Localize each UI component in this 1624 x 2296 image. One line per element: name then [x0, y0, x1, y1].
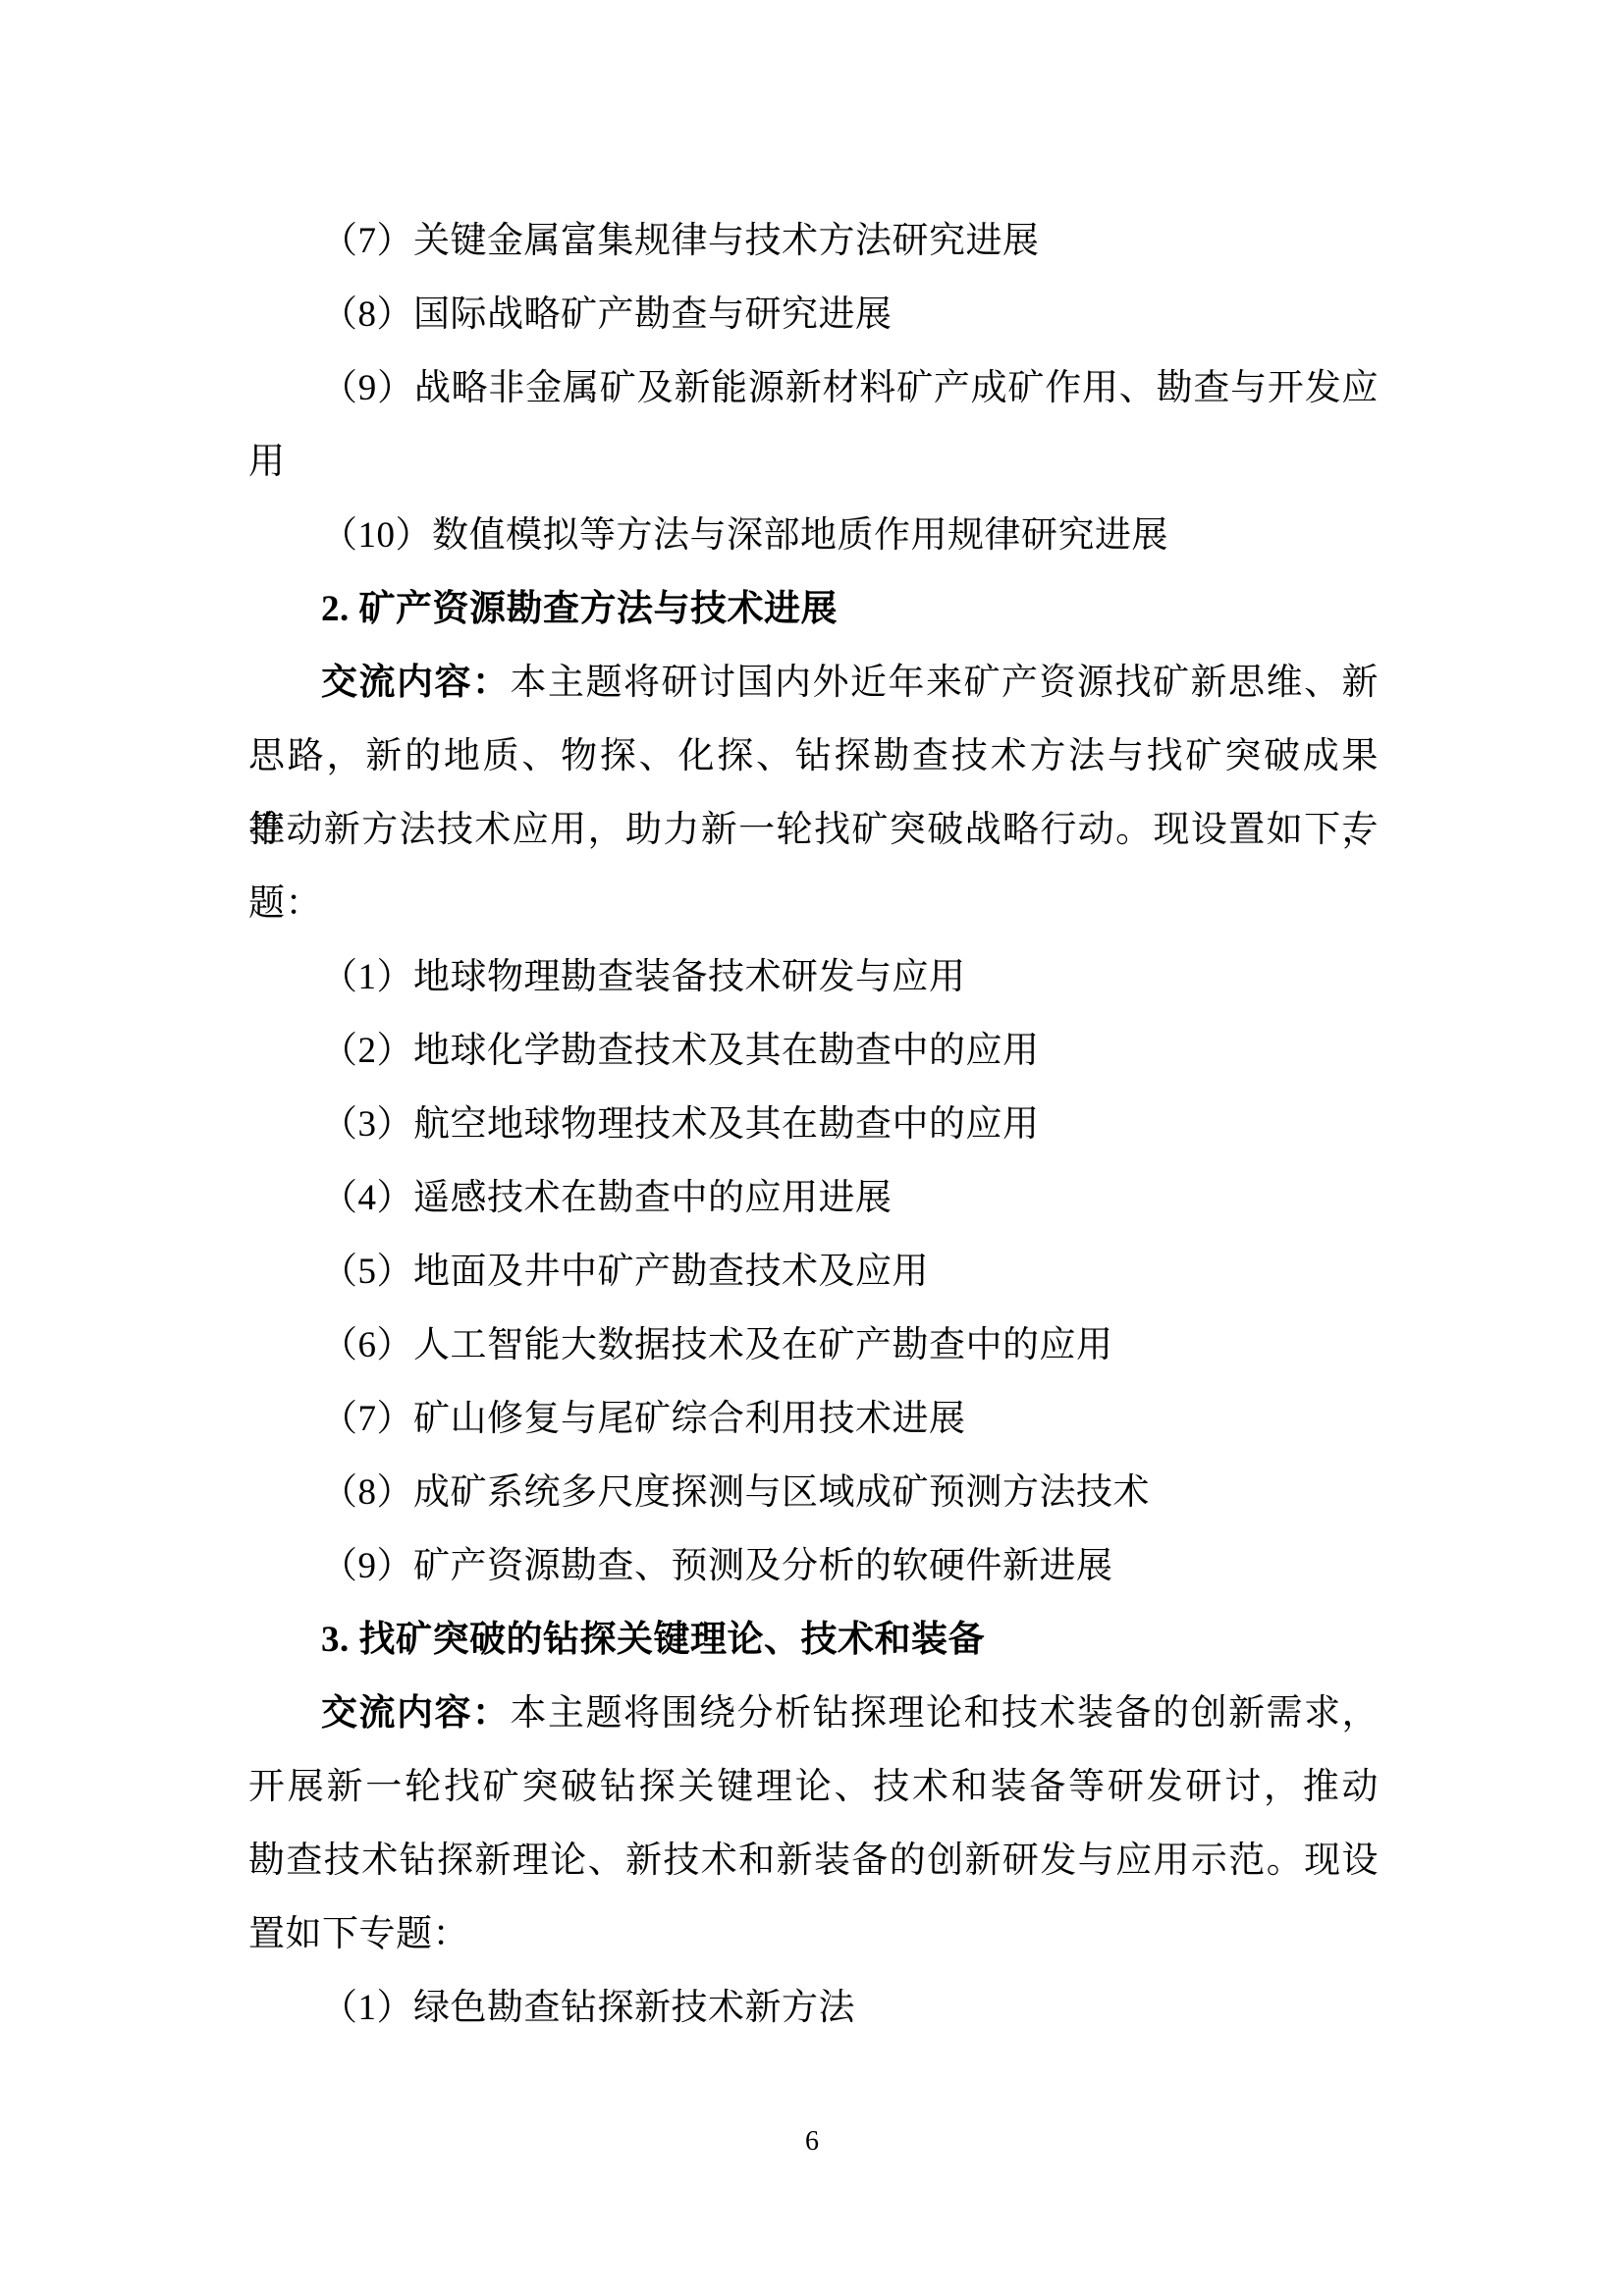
bold-text-segment: 2. 矿产资源勘查方法与技术进展 — [321, 589, 838, 629]
text-line: （1）地球物理勘查装备技术研发与应用 — [248, 940, 1379, 1014]
text-line: （8）国际战略矿产勘查与研究进展 — [248, 278, 1379, 351]
text-line: 交流内容：本主题将围绕分析钻探理论和技术装备的创新需求， — [248, 1677, 1379, 1750]
text-segment: （2）地球化学勘查技术及其在勘查中的应用 — [321, 1031, 1040, 1071]
text-line: 题： — [248, 867, 1379, 940]
text-line: 2. 矿产资源勘查方法与技术进展 — [248, 572, 1379, 646]
text-segment: （1）地球物理勘查装备技术研发与应用 — [321, 957, 966, 997]
bold-text-segment: 交流内容： — [321, 663, 511, 703]
text-segment: 置如下专题： — [248, 1914, 469, 1954]
text-segment: （8）成矿系统多尺度探测与区域成矿预测方法技术 — [321, 1472, 1150, 1513]
text-segment: （5）地面及井中矿产勘查技术及应用 — [321, 1252, 929, 1292]
page-number: 6 — [0, 2126, 1624, 2158]
text-line: （8）成矿系统多尺度探测与区域成矿预测方法技术 — [248, 1456, 1379, 1529]
text-line: 3. 找矿突破的钻探关键理论、技术和装备 — [248, 1603, 1379, 1677]
text-segment: （8）国际战略矿产勘查与研究进展 — [321, 294, 893, 335]
text-segment: 本主题将围绕分析钻探理论和技术装备的创新需求， — [511, 1693, 1380, 1734]
text-line: （3）航空地球物理技术及其在勘查中的应用 — [248, 1088, 1379, 1161]
text-segment: （4）遥感技术在勘查中的应用进展 — [321, 1178, 893, 1218]
text-segment: （9）矿产资源勘查、预测及分析的软硬件新进展 — [321, 1546, 1113, 1586]
text-segment: （7）关键金属富集规律与技术方法研究进展 — [321, 221, 1040, 261]
text-line: （4）遥感技术在勘查中的应用进展 — [248, 1161, 1379, 1235]
text-line: （7）矿山修复与尾矿综合利用技术进展 — [248, 1382, 1379, 1456]
text-line: （2）地球化学勘查技术及其在勘查中的应用 — [248, 1014, 1379, 1088]
text-segment: 勘查技术钻探新理论、新技术和新装备的创新研发与应用示范。现设 — [248, 1841, 1379, 1881]
text-segment: 本主题将研讨国内外近年来矿产资源找矿新思维、新 — [511, 663, 1380, 703]
text-line: （9）矿产资源勘查、预测及分析的软硬件新进展 — [248, 1529, 1379, 1603]
text-segment: （10）数值模拟等方法与深部地质作用规律研究进展 — [321, 515, 1168, 556]
text-line: 勘查技术钻探新理论、新技术和新装备的创新研发与应用示范。现设 — [248, 1824, 1379, 1897]
text-line: 思路，新的地质、物探、化探、钻探勘查技术方法与找矿突破成果等， — [248, 720, 1379, 793]
text-line: （10）数值模拟等方法与深部地质作用规律研究进展 — [248, 499, 1379, 572]
text-segment: （7）矿山修复与尾矿综合利用技术进展 — [321, 1399, 966, 1439]
text-segment: （1）绿色勘查钻探新技术新方法 — [321, 1988, 855, 2028]
text-segment: （9）战略非金属矿及新能源新材料矿产成矿作用、勘查与开发应 — [321, 368, 1379, 408]
text-segment: （6）人工智能大数据技术及在矿产勘查中的应用 — [321, 1325, 1113, 1365]
text-segment: 推动新方法技术应用，助力新一轮找矿突破战略行动。现设置如下专 — [248, 810, 1379, 850]
text-segment: （3）航空地球物理技术及其在勘查中的应用 — [321, 1104, 1040, 1145]
document-page: （7）关键金属富集规律与技术方法研究进展（8）国际战略矿产勘查与研究进展（9）战… — [0, 0, 1624, 2296]
text-segment: 用 — [248, 442, 286, 482]
text-line: （5）地面及井中矿产勘查技术及应用 — [248, 1235, 1379, 1308]
text-segment: 题： — [248, 883, 322, 924]
bold-text-segment: 3. 找矿突破的钻探关键理论、技术和装备 — [321, 1620, 985, 1660]
text-line: 开展新一轮找矿突破钻探关键理论、技术和装备等研发研讨，推动 — [248, 1750, 1379, 1824]
text-line: （1）绿色勘查钻探新技术新方法 — [248, 1971, 1379, 2045]
text-line: 推动新方法技术应用，助力新一轮找矿突破战略行动。现设置如下专 — [248, 793, 1379, 867]
text-line: 用 — [248, 425, 1379, 499]
text-column: （7）关键金属富集规律与技术方法研究进展（8）国际战略矿产勘查与研究进展（9）战… — [248, 204, 1379, 2045]
text-segment: 开展新一轮找矿突破钻探关键理论、技术和装备等研发研讨，推动 — [248, 1767, 1379, 1807]
text-line: （7）关键金属富集规律与技术方法研究进展 — [248, 204, 1379, 278]
text-line: （6）人工智能大数据技术及在矿产勘查中的应用 — [248, 1308, 1379, 1382]
bold-text-segment: 交流内容： — [321, 1693, 511, 1734]
text-line: （9）战略非金属矿及新能源新材料矿产成矿作用、勘查与开发应 — [248, 351, 1379, 425]
text-line: 置如下专题： — [248, 1897, 1379, 1971]
text-line: 交流内容：本主题将研讨国内外近年来矿产资源找矿新思维、新 — [248, 646, 1379, 720]
